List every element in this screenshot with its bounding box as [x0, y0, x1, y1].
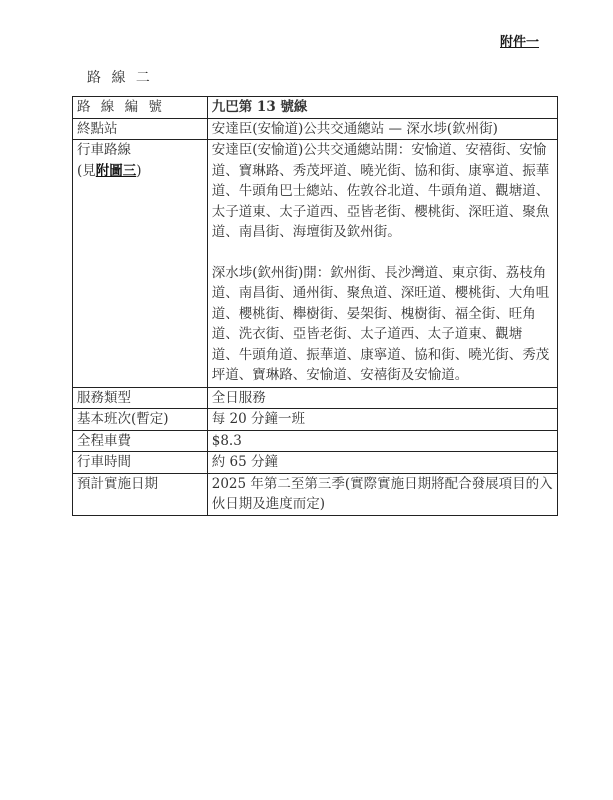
table-row-service-type: 服務類型 全日服務: [73, 387, 558, 409]
paragraph-gap: [212, 243, 553, 263]
route-heading: 路 線 二: [87, 67, 153, 87]
table-row-fare: 全程車費 $8.3: [73, 430, 558, 452]
routing-see-suffix: ): [136, 163, 141, 179]
routing-value-cell: 安達臣(安愉道)公共交通總站開：安愉道、安禧街、安愉道、寶琳路、秀茂坪道、曉光街…: [207, 140, 557, 388]
fare-value: $8.3: [207, 430, 557, 452]
journey-time-value: 約 65 分鐘: [207, 452, 557, 474]
annex-label: 附件一: [500, 31, 539, 50]
table-row-termini: 終點站 安達臣(安愉道)公共交通總站 — 深水埗(欽州街): [73, 118, 558, 140]
routing-inbound-text: 深水埗(欽州街)開：欽州街、長沙灣道、東京街、荔枝角道、南昌街、通州街、聚魚道、…: [212, 263, 553, 387]
implementation-date-value: 2025 年第二至第三季(實際實施日期將配合發展項目的入伙日期及進度而定): [207, 473, 557, 515]
service-type-value: 全日服務: [207, 387, 557, 409]
table-row-implementation-date: 預計實施日期 2025 年第二至第三季(實際實施日期將配合發展項目的入伙日期及進…: [73, 473, 558, 515]
table-row-journey-time: 行車時間 約 65 分鐘: [73, 452, 558, 474]
routing-label-cell: 行車路線 (見附圖三): [73, 140, 208, 388]
termini-label: 終點站: [73, 118, 208, 140]
route-details-table: 路 線 編 號 九巴第 13 號線 終點站 安達臣(安愉道)公共交通總站 — 深…: [72, 96, 558, 516]
implementation-date-label: 預計實施日期: [73, 473, 208, 515]
table-row-routing: 行車路線 (見附圖三) 安達臣(安愉道)公共交通總站開：安愉道、安禧街、安愉道、…: [73, 140, 558, 388]
fare-label: 全程車費: [73, 430, 208, 452]
frequency-value: 每 20 分鐘一班: [207, 409, 557, 431]
routing-see-prefix: (見: [77, 163, 96, 179]
routing-outbound-text: 安達臣(安愉道)公共交通總站開：安愉道、安禧街、安愉道、寶琳路、秀茂坪道、曉光街…: [212, 140, 553, 243]
table-row-route-number: 路 線 編 號 九巴第 13 號線: [73, 97, 558, 119]
route-number-label: 路 線 編 號: [73, 97, 208, 119]
table-row-frequency: 基本班次(暫定) 每 20 分鐘一班: [73, 409, 558, 431]
annex-map-link[interactable]: 附圖三: [96, 163, 137, 179]
frequency-label: 基本班次(暫定): [73, 409, 208, 431]
route-number-value: 九巴第 13 號線: [207, 97, 557, 119]
termini-value: 安達臣(安愉道)公共交通總站 — 深水埗(欽州街): [207, 118, 557, 140]
journey-time-label: 行車時間: [73, 452, 208, 474]
service-type-label: 服務類型: [73, 387, 208, 409]
routing-label: 行車路線: [77, 140, 203, 161]
